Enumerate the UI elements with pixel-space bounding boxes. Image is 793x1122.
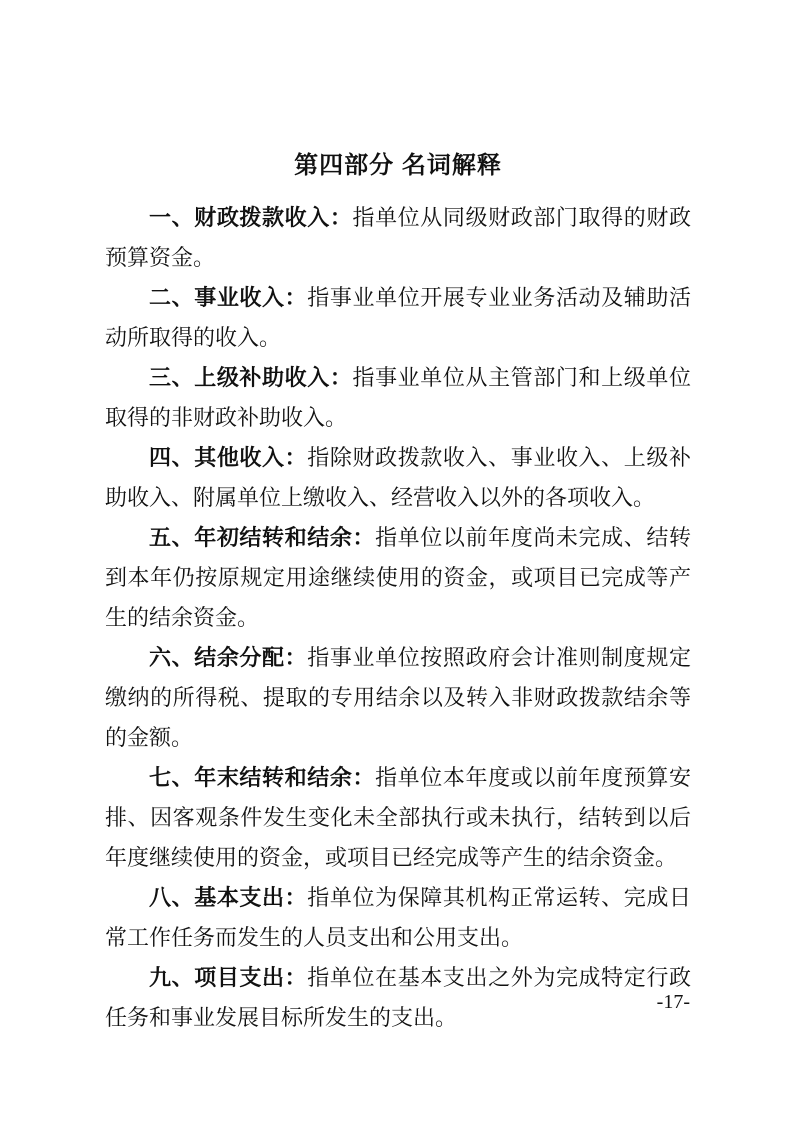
term-name: 八、基本支出： (149, 885, 307, 910)
page-number: -17- (657, 991, 690, 1013)
term-name: 九、项目支出： (149, 965, 307, 990)
term-name: 四、其他收入： (149, 445, 307, 470)
term-name: 七、年末结转和结余： (149, 765, 375, 790)
term-name: 六、结余分配： (149, 645, 307, 670)
page-footer: -17- (657, 991, 690, 1013)
term-paragraph: 九、项目支出：指单位在基本支出之外为完成特定行政任务和事业发展目标所发生的支出。 (105, 958, 691, 1038)
term-name: 二、事业收入： (149, 285, 307, 310)
term-paragraph: 二、事业收入：指事业单位开展专业业务活动及辅助活动所取得的收入。 (105, 278, 691, 358)
term-paragraph: 七、年末结转和结余：指单位本年度或以前年度预算安排、因客观条件发生变化未全部执行… (105, 758, 691, 878)
term-paragraph: 三、上级补助收入：指事业单位从主管部门和上级单位取得的非财政补助收入。 (105, 358, 691, 438)
page-title: 第四部分 名词解释 (105, 151, 691, 181)
term-name: 五、年初结转和结余： (149, 525, 375, 550)
terms-section: 一、财政拨款收入：指单位从同级财政部门取得的财政预算资金。 二、事业收入：指事业… (105, 198, 691, 1038)
term-name: 三、上级补助收入： (149, 365, 352, 390)
document-page: 第四部分 名词解释 一、财政拨款收入：指单位从同级财政部门取得的财政预算资金。 … (0, 0, 793, 1122)
term-paragraph: 八、基本支出：指单位为保障其机构正常运转、完成日常工作任务而发生的人员支出和公用… (105, 878, 691, 958)
term-name: 一、财政拨款收入： (149, 205, 352, 230)
term-paragraph: 一、财政拨款收入：指单位从同级财政部门取得的财政预算资金。 (105, 198, 691, 278)
term-paragraph: 六、结余分配：指事业单位按照政府会计准则制度规定缴纳的所得税、提取的专用结余以及… (105, 638, 691, 758)
term-paragraph: 四、其他收入：指除财政拨款收入、事业收入、上级补助收入、附属单位上缴收入、经营收… (105, 438, 691, 518)
term-paragraph: 五、年初结转和结余：指单位以前年度尚未完成、结转到本年仍按原规定用途继续使用的资… (105, 518, 691, 638)
